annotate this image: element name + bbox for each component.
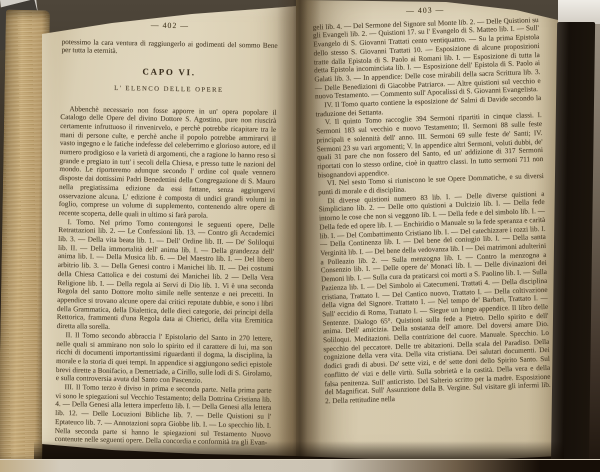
page-number-left: — 402 — — [62, 20, 278, 32]
paragraph: Abbenchè necessario non fosse apporre in… — [59, 105, 277, 222]
paragraph: II. Il Tomo secondo abbraccia l' Epistol… — [56, 331, 273, 387]
paragraph: Di diverse quistioni numero 83 lib. I. —… — [318, 190, 551, 406]
book-cover-board — [551, 22, 595, 472]
right-page-text: — 403 — geli lib. 4. — Del Sermone del S… — [312, 3, 553, 462]
paragraph: III. Il Tomo terzo è diviso in prima e s… — [55, 383, 272, 448]
chapter-heading: CAPO VI. — [61, 66, 277, 78]
table-surface — [0, 459, 600, 472]
paragraph: geli lib. 4. — Del Sermone del Signore s… — [313, 16, 541, 102]
paragraph: I. Tomo. Nel primo Tomo contengonsi le s… — [57, 218, 275, 335]
section-heading: L' ELENCO DELLE OPERE — [61, 84, 277, 96]
paragraph: potessimo la cara ventura di raggiungerl… — [61, 38, 277, 59]
open-book-photo: — 402 — potessimo la cara ventura di rag… — [0, 0, 600, 472]
left-page-text: — 402 — potessimo la cara ventura di rag… — [55, 20, 278, 448]
right-page: — 403 — geli lib. 4. — Del Sermone del S… — [296, 0, 558, 462]
left-page: — 402 — potessimo la cara ventura di rag… — [42, 6, 298, 456]
paragraph: V. Il quinto Tomo raccoglie 394 Sermoni … — [316, 111, 544, 179]
